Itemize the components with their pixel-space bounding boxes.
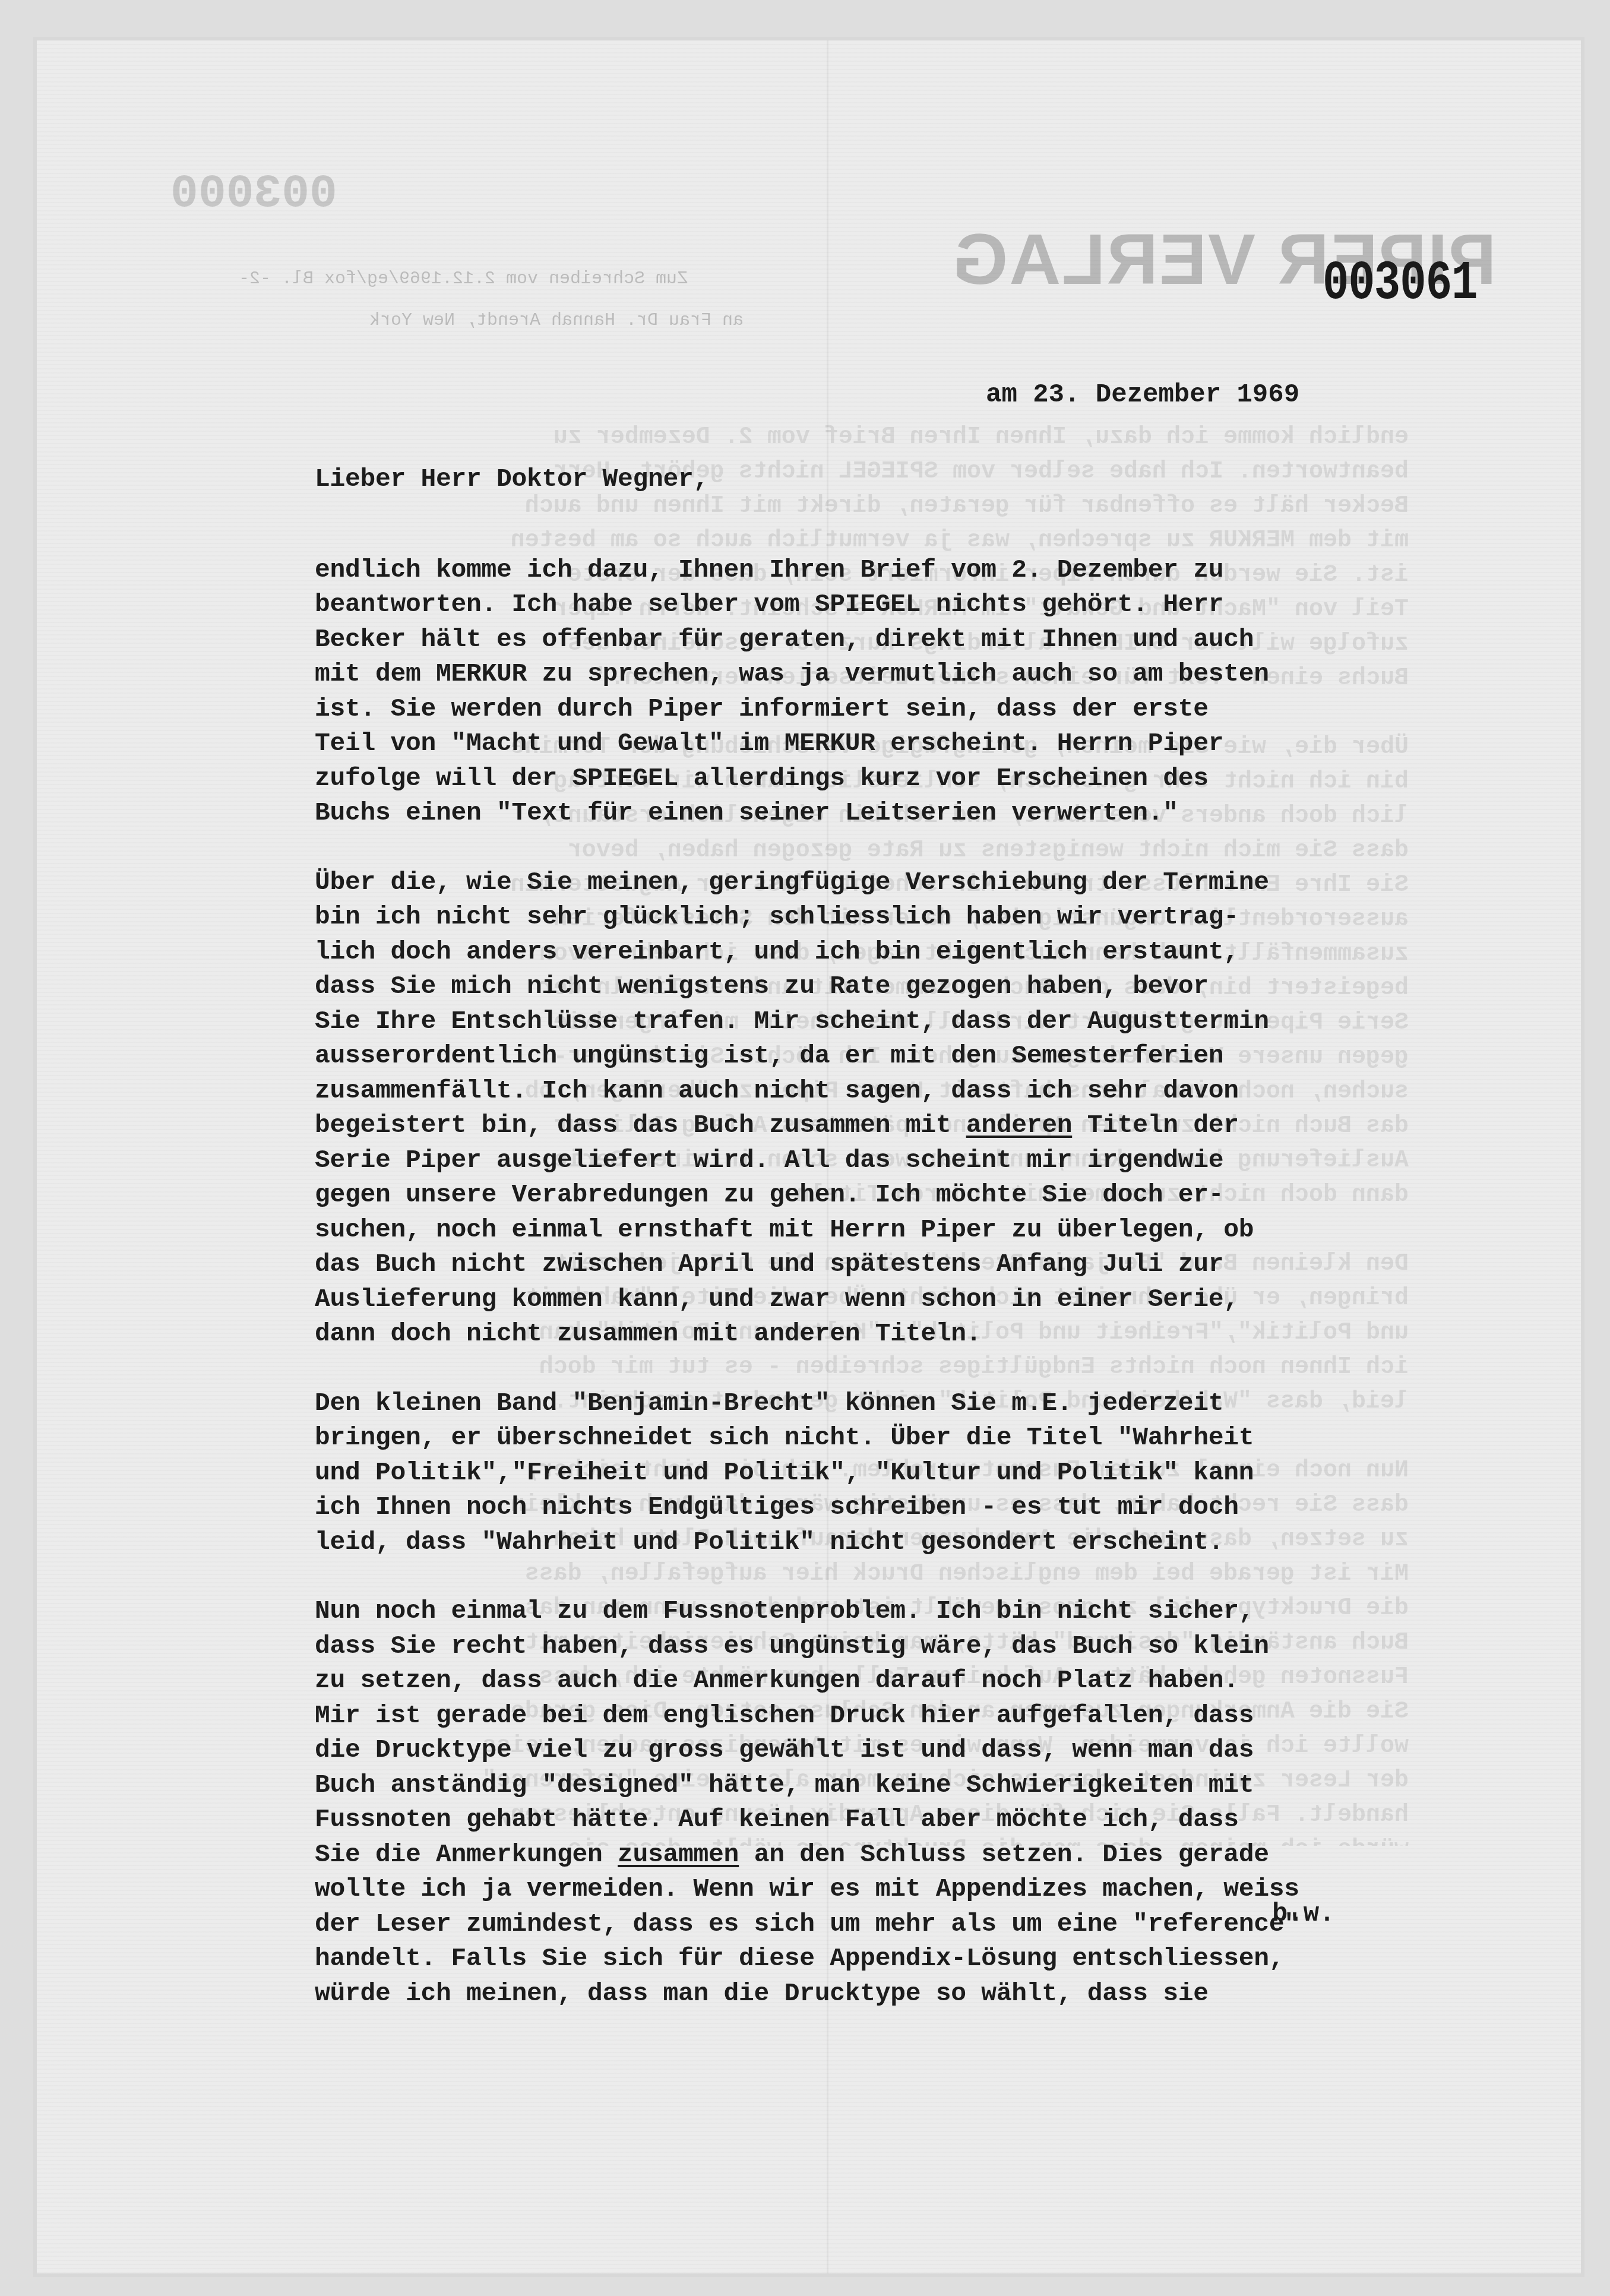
paragraph: Den kleinen Band "Benjamin-Brecht" könne… — [315, 1386, 1443, 1560]
text-line: zusammenfällt. Ich kann auch nicht sagen… — [315, 1074, 1443, 1109]
text-line: Teil von "Macht und Gewalt" im MERKUR er… — [315, 726, 1443, 761]
paragraph: Über die, wie Sie meinen, geringfügige V… — [315, 865, 1443, 1352]
text-line: zu setzen, dass auch die Anmerkungen dar… — [315, 1664, 1443, 1699]
text-line: Sie die Anmerkungen zusammen an den Schl… — [315, 1838, 1443, 1873]
text-line: endlich komme ich dazu, Ihnen Ihren Brie… — [315, 553, 1443, 588]
paragraph: endlich komme ich dazu, Ihnen Ihren Brie… — [315, 553, 1443, 831]
text-line: ich Ihnen noch nichts Endgültiges schrei… — [315, 1490, 1443, 1525]
bleedthrough-recipient-line: an Frau Dr. Hannah Arendt, New York — [369, 311, 744, 331]
text-line: suchen, noch einmal ernsthaft mit Herrn … — [315, 1213, 1443, 1248]
letter-body: Lieber Herr Doktor Wegner, endlich komme… — [315, 462, 1443, 2045]
text-line: beantworten. Ich habe selber vom SPIEGEL… — [315, 587, 1443, 622]
text-line: ist. Sie werden durch Piper informiert s… — [315, 692, 1443, 727]
text-line: lich doch anders vereinbart, und ich bin… — [315, 935, 1443, 970]
bleedthrough-archive-number: 003000 — [170, 168, 337, 220]
paragraph: Nun noch einmal zu dem Fussnotenproblem.… — [315, 1594, 1443, 2011]
text-line: handelt. Falls Sie sich für diese Append… — [315, 1941, 1443, 1976]
text-line: zufolge will der SPIEGEL allerdings kurz… — [315, 761, 1443, 796]
text-line: Buch anständig "designed" hätte, man kei… — [315, 1768, 1443, 1803]
text-line: Über die, wie Sie meinen, geringfügige V… — [315, 865, 1443, 900]
text-line: das Buch nicht zwischen April und spätes… — [315, 1247, 1443, 1282]
text-line: Sie Ihre Entschlüsse trafen. Mir scheint… — [315, 1004, 1443, 1039]
text-line: dass Sie recht haben, dass es ungünstig … — [315, 1629, 1443, 1664]
underlined-word: zusammen — [618, 1840, 739, 1869]
text-line: begeistert bin, dass das Buch zusammen m… — [315, 1108, 1443, 1143]
letter-paragraphs: endlich komme ich dazu, Ihnen Ihren Brie… — [315, 553, 1443, 2012]
text-line: und Politik","Freiheit und Politik", "Ku… — [315, 1456, 1443, 1491]
text-line: dass Sie mich nicht wenigstens zu Rate g… — [315, 969, 1443, 1004]
text-line: leid, dass "Wahrheit und Politik" nicht … — [315, 1525, 1443, 1560]
text-line: ausserordentlich ungünstig ist, da er mi… — [315, 1039, 1443, 1074]
text-line: die Drucktype viel zu gross gewählt ist … — [315, 1733, 1443, 1768]
text-line: Nun noch einmal zu dem Fussnotenproblem.… — [315, 1594, 1443, 1629]
bleedthrough-reference-line: Zum Schreiben vom 2.12.1969/eg/fox Bl. -… — [239, 269, 688, 289]
paper-sheet: PIPER VERLAG 003000 Zum Schreiben vom 2.… — [37, 40, 1581, 2273]
text-line: Mir ist gerade bei dem englischen Druck … — [315, 1699, 1443, 1734]
text-line: dann doch nicht zusammen mit anderen Tit… — [315, 1317, 1443, 1352]
text-line: Den kleinen Band "Benjamin-Brecht" könne… — [315, 1386, 1443, 1421]
letter-date: am 23. Dezember 1969 — [986, 380, 1299, 410]
continuation-mark: b.w. — [1272, 1899, 1335, 1929]
text-line: Serie Piper ausgeliefert wird. All das s… — [315, 1143, 1443, 1178]
salutation: Lieber Herr Doktor Wegner, — [315, 462, 1443, 497]
underlined-word: anderen — [966, 1111, 1073, 1140]
text-line: Auslieferung kommen kann, und zwar wenn … — [315, 1282, 1443, 1317]
text-line: Becker hält es offenbar für geraten, dir… — [315, 622, 1443, 657]
text-line: würde ich meinen, dass man die Drucktype… — [315, 1976, 1443, 2012]
text-line: gegen unsere Verabredungen zu gehen. Ich… — [315, 1178, 1443, 1213]
text-line: bringen, er überschneidet sich nicht. Üb… — [315, 1421, 1443, 1456]
text-line: Fussnoten gehabt hätte. Auf keinen Fall … — [315, 1802, 1443, 1838]
text-line: Buchs einen "Text für einen seiner Leits… — [315, 796, 1443, 831]
text-line: bin ich nicht sehr glücklich; schliessli… — [315, 900, 1443, 935]
document-number: 003061 — [1323, 253, 1477, 315]
text-line: mit dem MERKUR zu sprechen, was ja vermu… — [315, 657, 1443, 692]
